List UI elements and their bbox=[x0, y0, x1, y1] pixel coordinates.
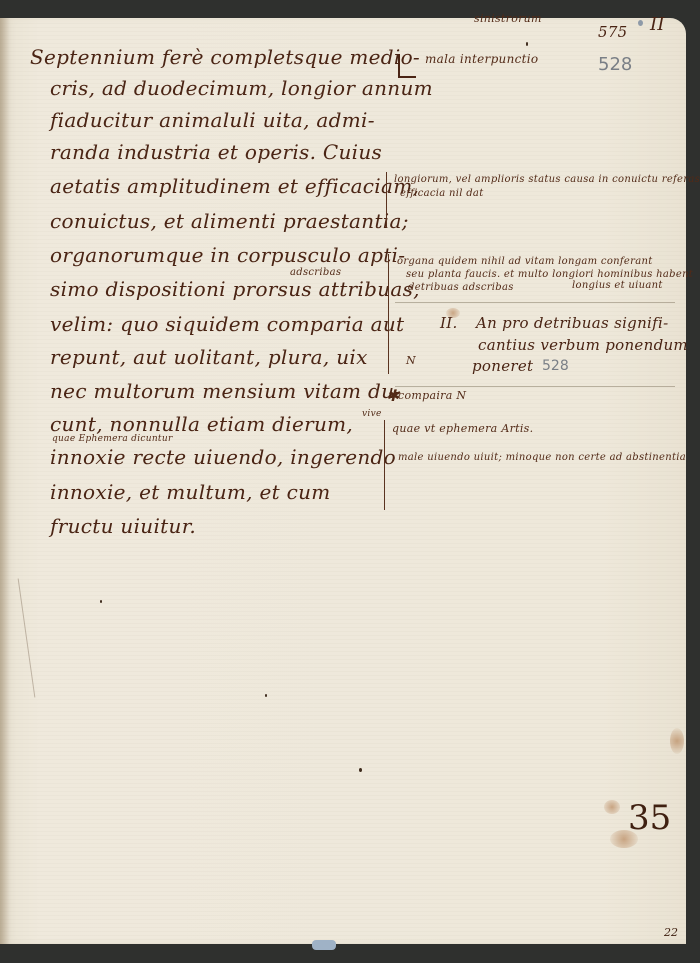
main-text-line-11: nec multorum mensium vitam du- bbox=[50, 379, 401, 403]
main-text-line-13: innoxie recte uiuendo, ingerendo bbox=[50, 445, 396, 469]
marginal-note-3-line-1: organa quidem nihil ad vitam longam conf… bbox=[397, 256, 653, 267]
marginal-note-1: mala interpunctio bbox=[425, 52, 538, 66]
slip-line-3: poneret bbox=[472, 357, 533, 375]
speck bbox=[100, 600, 102, 603]
main-text-line-15: fructu uiuitur. bbox=[50, 514, 196, 538]
main-text-line-8: simo dispositioni prorsus attribuas, bbox=[50, 277, 420, 301]
slip-line-2: cantius verbum ponendum bbox=[478, 336, 688, 354]
marginal-note-top: sinistrorum bbox=[474, 12, 542, 25]
margin-brace-3 bbox=[384, 420, 385, 510]
main-text-line-2: cris, ad duodecimum, longior annum bbox=[50, 76, 433, 100]
ink-folio-number: 575 bbox=[598, 23, 628, 41]
folio-mark: II bbox=[650, 14, 665, 35]
slip-pencil-number: 528 bbox=[542, 358, 569, 374]
interlinear-ephemera: quae Ephemera dicuntur bbox=[52, 434, 173, 444]
marginal-note-5: male uiuendo uiuit; minoque non certe ad… bbox=[398, 452, 686, 463]
margin-brace-2 bbox=[388, 254, 389, 374]
marginal-note-3-line-3: detribuas adscribas bbox=[408, 282, 514, 293]
main-text-line-4: randa industria et operis. Cuius bbox=[50, 140, 382, 164]
ruling-mark bbox=[18, 579, 36, 698]
slip-bottom-edge bbox=[395, 386, 675, 387]
slip-top-edge bbox=[395, 302, 675, 303]
slip-line-1: An pro detribuas signifi- bbox=[476, 314, 668, 332]
main-text-line-1: Septennium ferè completsque medio- bbox=[30, 45, 420, 69]
marginal-note-4: quae vt ephemera Artis. bbox=[392, 422, 533, 435]
marginal-note-2-line-2: efficacia nil dat bbox=[400, 188, 484, 199]
main-text-line-10: repunt, aut uolitant, plura, uix bbox=[50, 345, 368, 369]
marginal-note-2-line-1: longiorum, vel amplioris status causa in… bbox=[394, 174, 700, 185]
slip-label: II. bbox=[440, 314, 458, 332]
main-text-line-14: innoxie, et multum, et cum bbox=[50, 480, 331, 504]
blue-paper-fragment bbox=[312, 940, 336, 950]
blue-speck bbox=[638, 20, 643, 26]
main-text-line-3: fiaducitur animaluli uita, admi- bbox=[50, 108, 375, 132]
main-text-line-5: aetatis amplitudinem et efficaciam, bbox=[50, 174, 419, 198]
main-text-line-6: conuictus, et alimenti praestantia; bbox=[50, 209, 409, 233]
marginal-note-compaira: compaira N bbox=[398, 389, 466, 402]
speck bbox=[265, 694, 267, 697]
bottom-corner-mark: 22 bbox=[664, 926, 678, 939]
interlinear-vive: vive bbox=[362, 409, 382, 419]
foliation-number: 35 bbox=[628, 798, 671, 838]
speck bbox=[359, 768, 362, 772]
n-mark: N bbox=[406, 354, 416, 367]
pencil-folio-number: 528 bbox=[598, 54, 632, 75]
main-text-line-12: cunt, nonnulla etiam dierum, bbox=[50, 412, 353, 436]
main-text-line-9: velim: quo siquidem comparia aut bbox=[50, 312, 404, 336]
marginal-note-3-line-2: seu planta faucis. et multo longiori hom… bbox=[406, 269, 693, 280]
marginal-note-3-right: longius et uiuant bbox=[572, 280, 663, 291]
foxing-stain bbox=[670, 728, 684, 754]
speck bbox=[526, 42, 528, 46]
main-text-line-7: organorumque in corpusculo apti- bbox=[50, 243, 405, 267]
manuscript-page: sinistrorum II 575 528 mala interpunctio… bbox=[0, 18, 686, 944]
margin-brace-1 bbox=[386, 172, 387, 228]
foxing-stain bbox=[604, 800, 620, 814]
manuscript-scan: sinistrorum II 575 528 mala interpunctio… bbox=[0, 0, 700, 963]
